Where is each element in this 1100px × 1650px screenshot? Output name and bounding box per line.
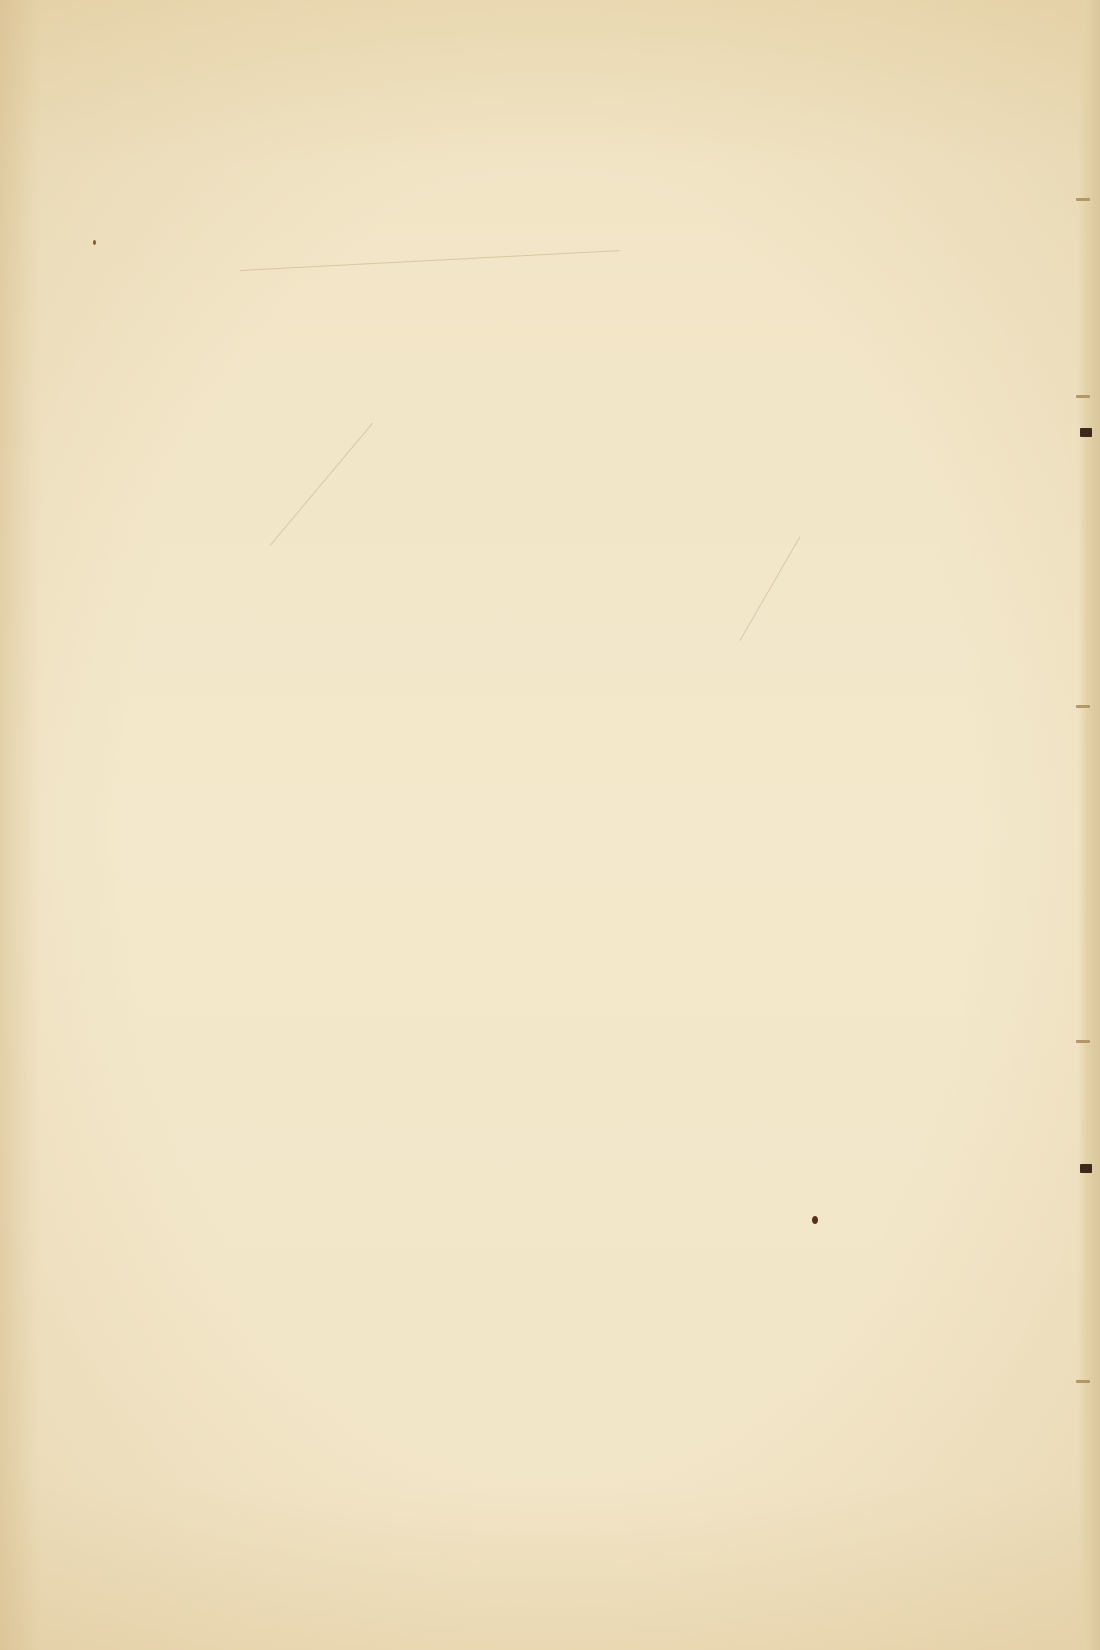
binding-stitch-mark <box>1076 198 1090 201</box>
paper-speck <box>93 240 96 245</box>
binding-stitch-mark-dark <box>1080 428 1092 437</box>
paper-fiber <box>740 536 801 640</box>
page-binding-edge <box>1078 0 1100 1650</box>
binding-stitch-mark <box>1076 395 1090 398</box>
page-left-shading <box>0 0 40 1650</box>
paper-fiber <box>270 423 374 546</box>
binding-stitch-mark <box>1076 1380 1090 1383</box>
binding-stitch-mark <box>1076 705 1090 708</box>
binding-stitch-mark <box>1076 1040 1090 1043</box>
blank-paper-page <box>0 0 1100 1650</box>
paper-speck <box>812 1216 818 1224</box>
paper-fiber <box>240 250 620 271</box>
binding-stitch-mark-dark <box>1080 1164 1092 1173</box>
